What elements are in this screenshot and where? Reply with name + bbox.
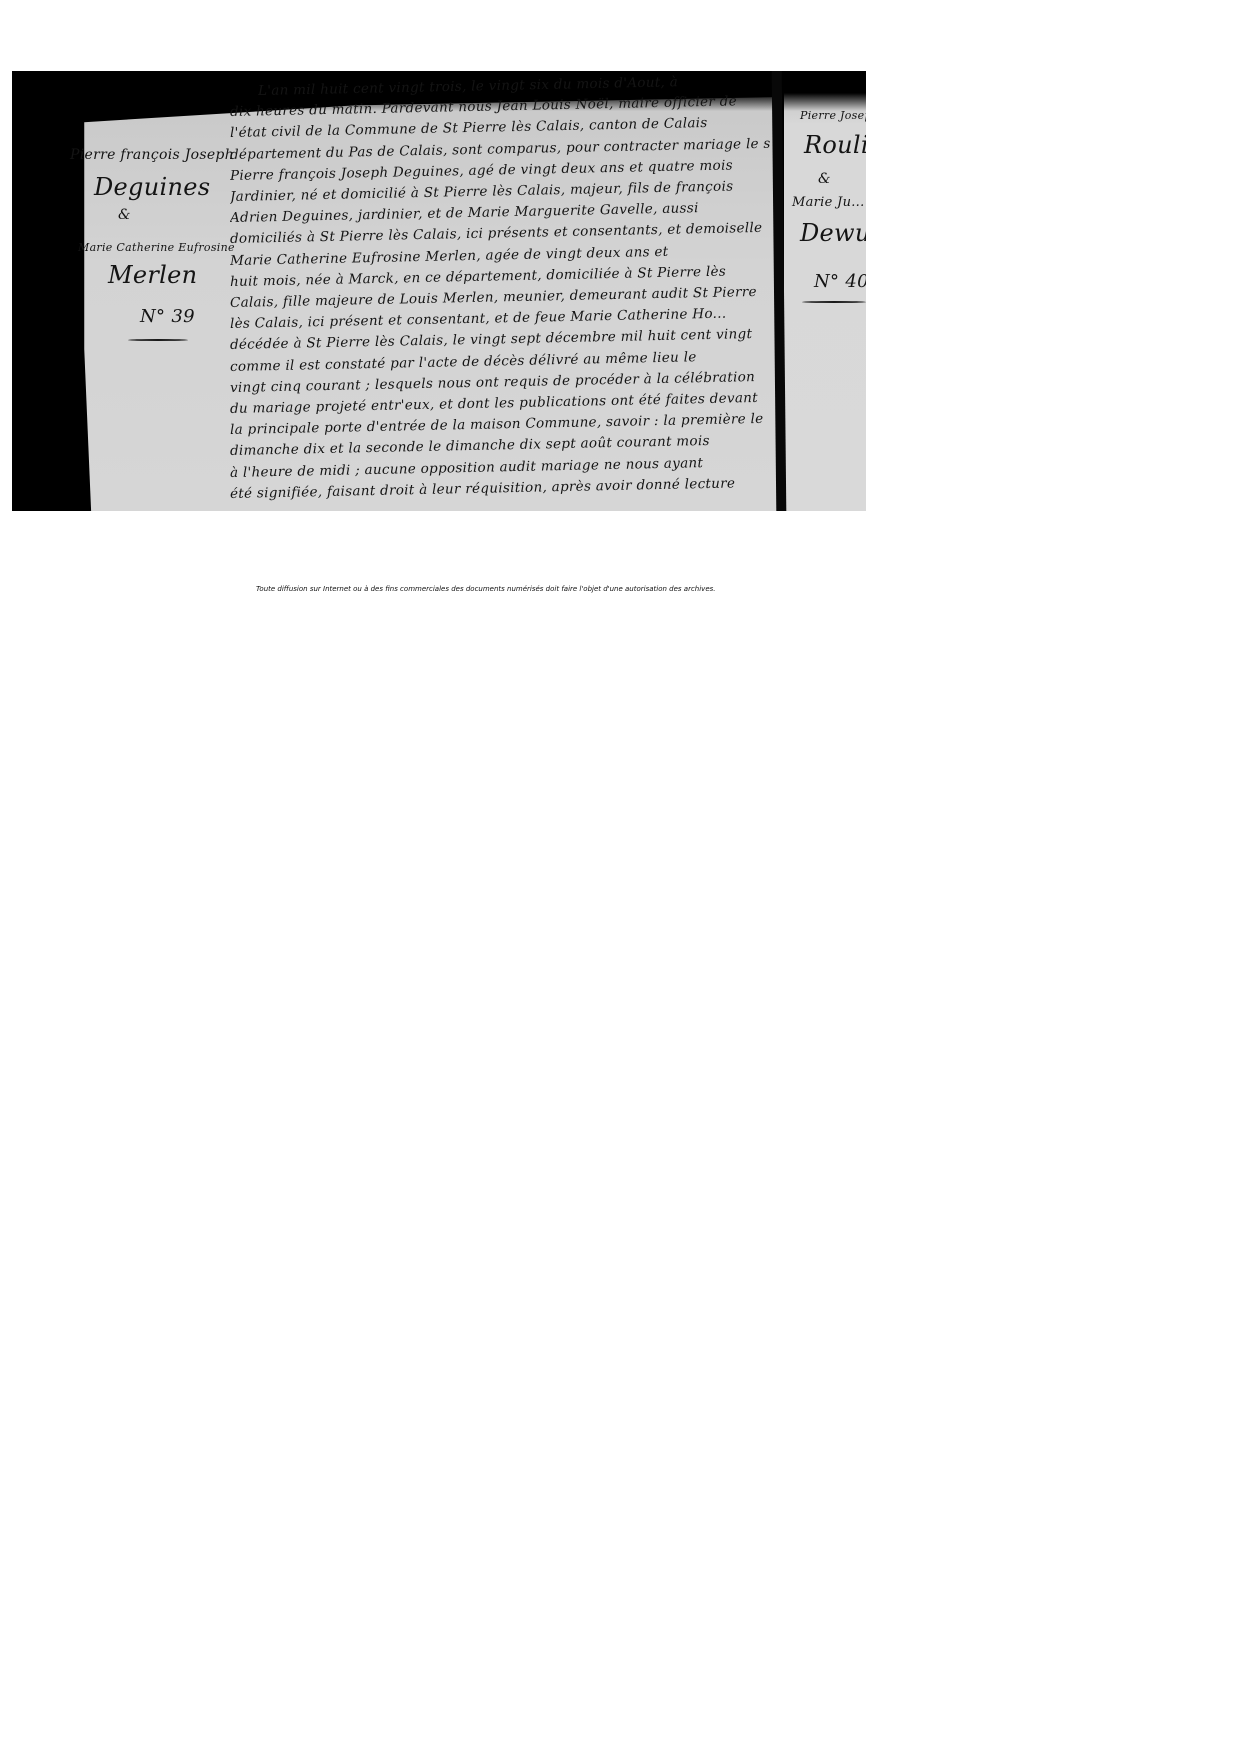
margin-underline-flourish bbox=[128, 339, 188, 341]
right-margin-bride-surname: Dewul... bbox=[800, 219, 866, 247]
margin-groom-surname: Deguines bbox=[94, 173, 210, 201]
right-margin-bride-given-names: Marie Ju... bbox=[792, 195, 865, 210]
margin-act-number: N° 39 bbox=[140, 306, 195, 327]
margin-groom-given-names: Pierre françois Joseph bbox=[70, 147, 234, 163]
scanned-register-image: Pierre françois Joseph Deguines & Marie … bbox=[12, 71, 866, 511]
right-margin-underline-flourish bbox=[802, 301, 866, 303]
right-margin-groom-surname: Roulier bbox=[804, 131, 866, 159]
right-margin-conjunction: & bbox=[818, 171, 831, 187]
right-margin-groom-given-names: Pierre Joseph bbox=[800, 109, 866, 122]
reuse-notice: Toute diffusion sur Internet ou à des fi… bbox=[256, 585, 716, 593]
right-margin-act-number: N° 40 bbox=[814, 271, 866, 292]
margin-conjunction: & bbox=[118, 207, 131, 223]
margin-bride-surname: Merlen bbox=[108, 261, 197, 289]
margin-bride-given-names: Marie Catherine Eufrosine bbox=[78, 241, 235, 254]
